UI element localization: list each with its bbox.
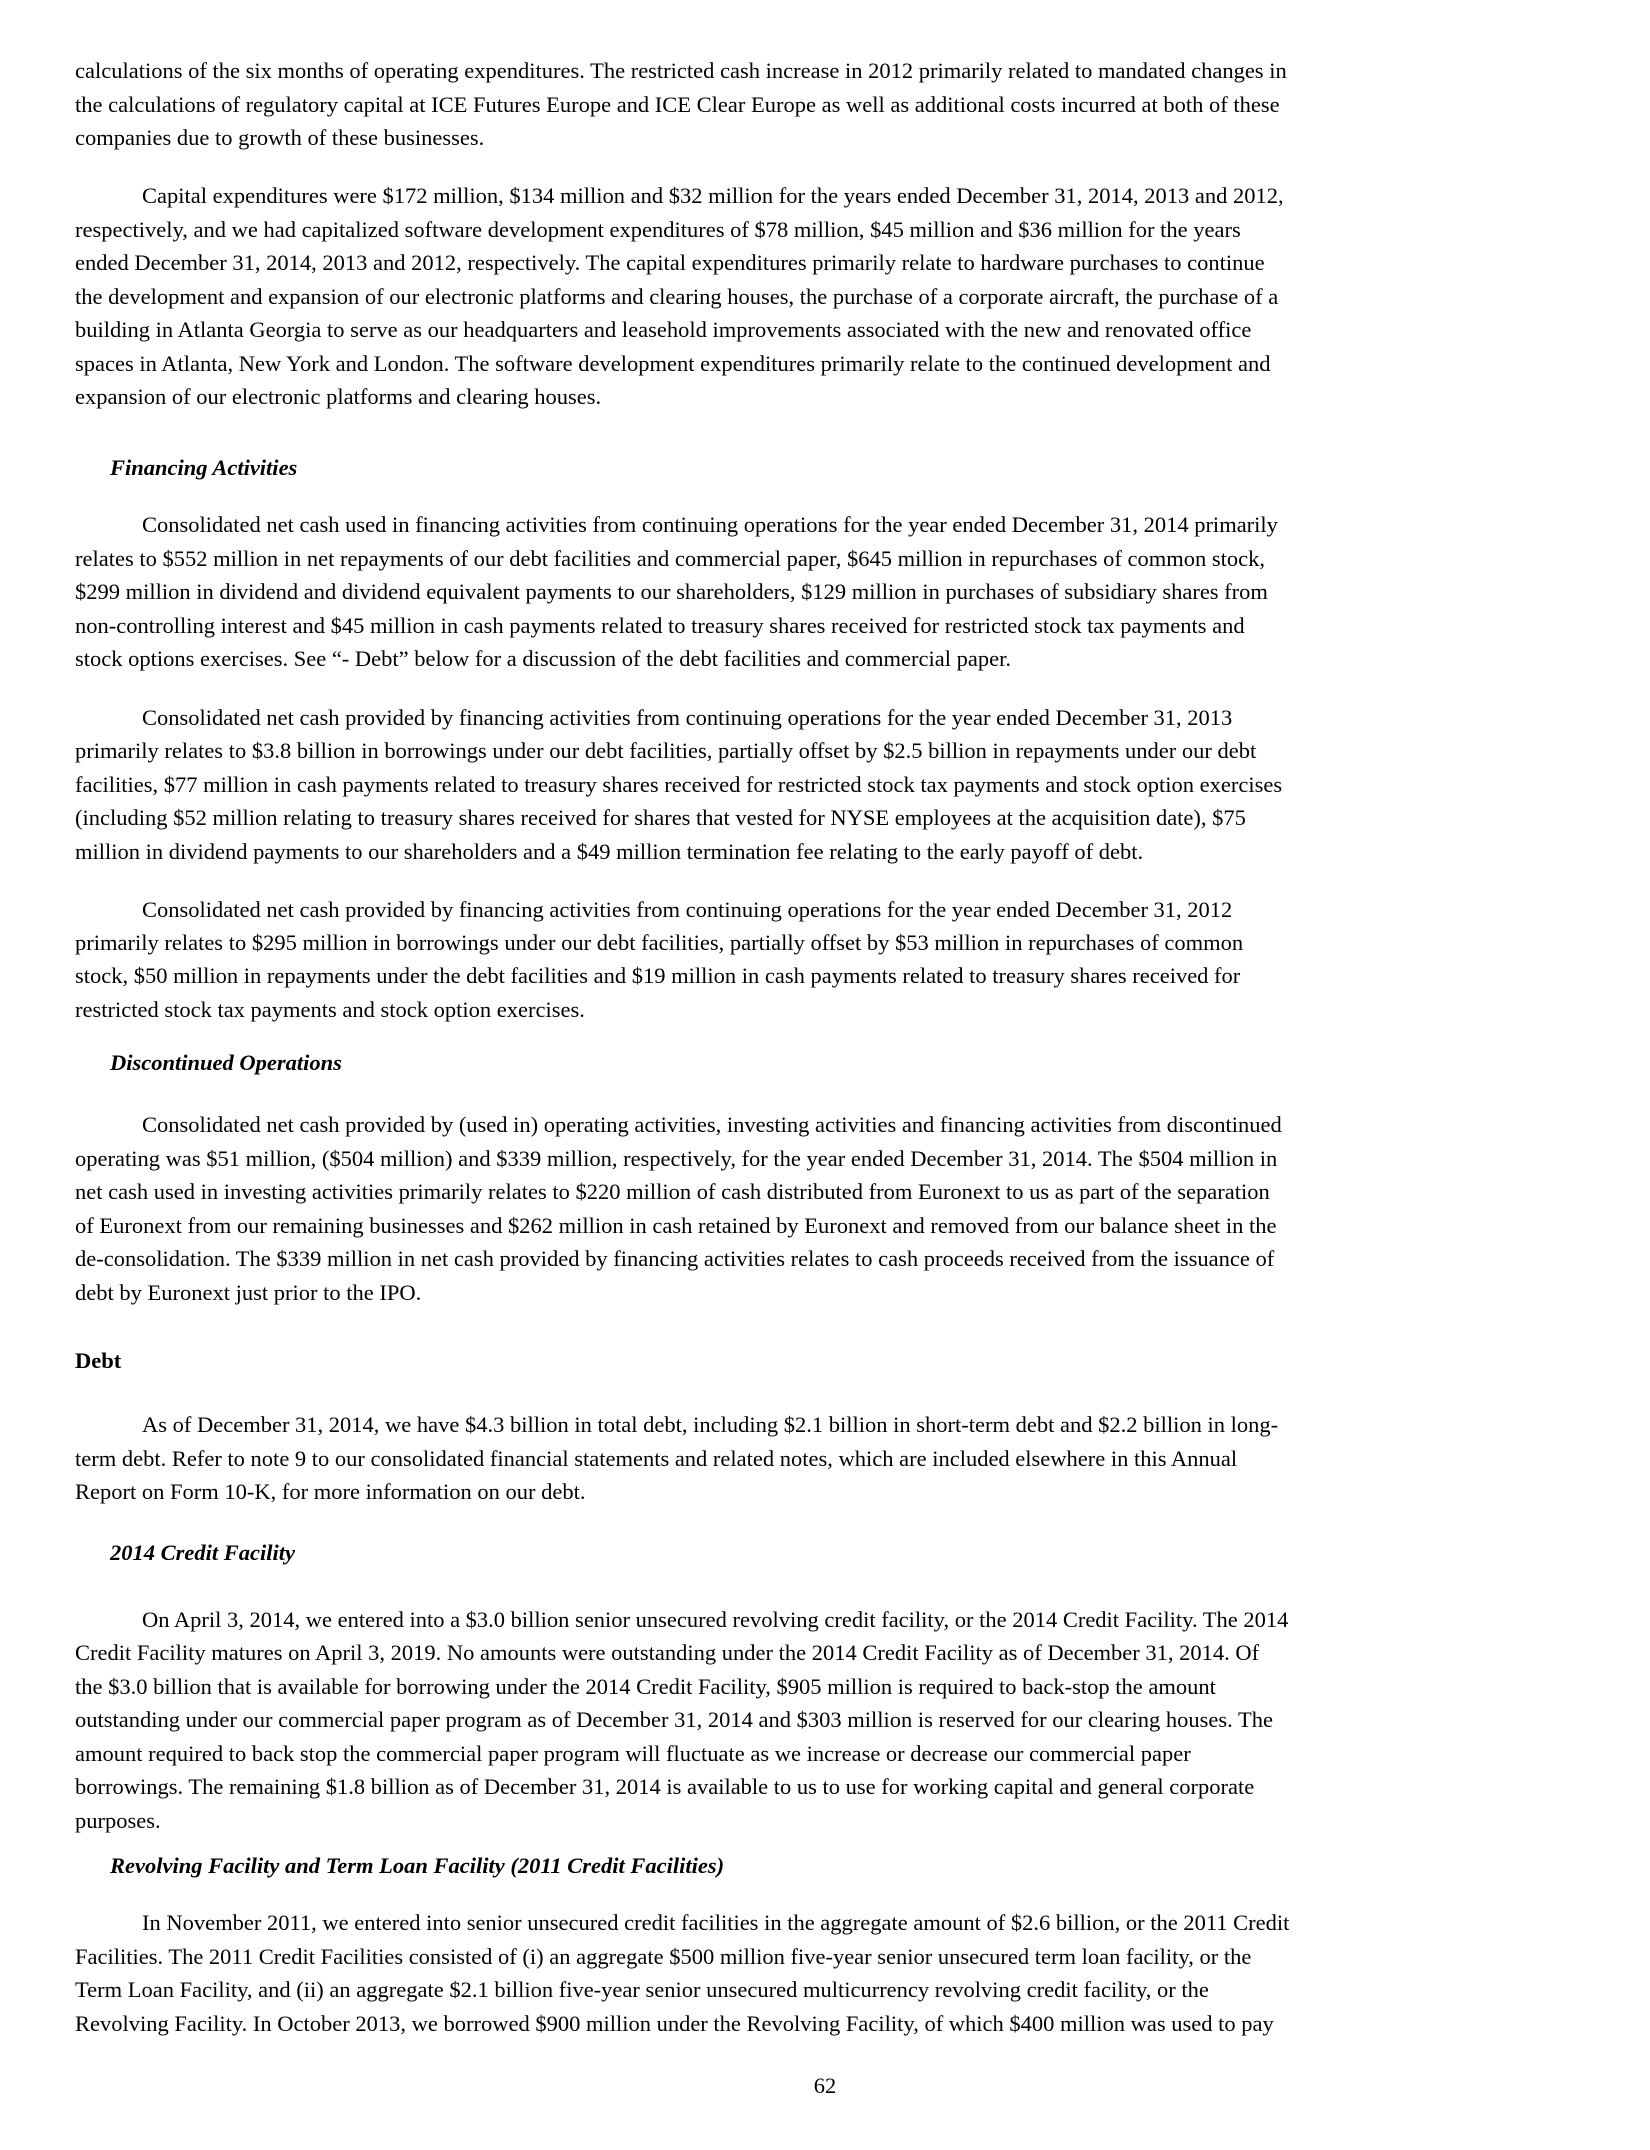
text-line: purposes. bbox=[75, 1808, 161, 1834]
text-line: million in dividend payments to our shar… bbox=[75, 839, 1143, 865]
text-line: Credit Facility matures on April 3, 2019… bbox=[75, 1640, 1259, 1666]
text-line: the calculations of regulatory capital a… bbox=[75, 92, 1280, 118]
text-line: Report on Form 10-K, for more informatio… bbox=[75, 1479, 586, 1505]
text-line: ended December 31, 2014, 2013 and 2012, … bbox=[75, 250, 1265, 276]
text-line: the $3.0 billion that is available for b… bbox=[75, 1674, 1216, 1700]
text-line: amount required to back stop the commerc… bbox=[75, 1741, 1191, 1767]
text-line: primarily relates to $295 million in bor… bbox=[75, 930, 1243, 956]
section-heading-debt: Debt bbox=[75, 1348, 121, 1374]
text-line: On April 3, 2014, we entered into a $3.0… bbox=[142, 1607, 1288, 1633]
text-line: calculations of the six months of operat… bbox=[75, 58, 1287, 84]
text-line: borrowings. The remaining $1.8 billion a… bbox=[75, 1774, 1254, 1800]
text-line: stock, $50 million in repayments under t… bbox=[75, 963, 1240, 989]
document-page: calculations of the six months of operat… bbox=[0, 0, 1650, 2150]
text-line: the development and expansion of our ele… bbox=[75, 284, 1278, 310]
text-line: Consolidated net cash provided by (used … bbox=[142, 1112, 1282, 1138]
text-line: Consolidated net cash provided by financ… bbox=[142, 705, 1232, 731]
text-line: Revolving Facility. In October 2013, we … bbox=[75, 2011, 1274, 2037]
text-line: Facilities. The 2011 Credit Facilities c… bbox=[75, 1944, 1251, 1970]
text-line: non-controlling interest and $45 million… bbox=[75, 613, 1245, 639]
text-line: facilities, $77 million in cash payments… bbox=[75, 772, 1282, 798]
text-line: building in Atlanta Georgia to serve as … bbox=[75, 317, 1251, 343]
text-line: debt by Euronext just prior to the IPO. bbox=[75, 1280, 421, 1306]
text-line: of Euronext from our remaining businesse… bbox=[75, 1213, 1277, 1239]
section-heading-revolving-term-loan-facility: Revolving Facility and Term Loan Facilit… bbox=[110, 1853, 724, 1879]
text-line: As of December 31, 2014, we have $4.3 bi… bbox=[142, 1412, 1278, 1438]
text-line: primarily relates to $3.8 billion in bor… bbox=[75, 738, 1256, 764]
text-line: operating was $51 million, ($504 million… bbox=[75, 1146, 1277, 1172]
page-number: 62 bbox=[0, 2073, 1650, 2099]
section-heading-discontinued-operations: Discontinued Operations bbox=[110, 1050, 342, 1076]
text-line: respectively, and we had capitalized sof… bbox=[75, 217, 1241, 243]
text-line: stock options exercises. See “- Debt” be… bbox=[75, 646, 1011, 672]
text-line: Consolidated net cash provided by financ… bbox=[142, 897, 1232, 923]
text-line: outstanding under our commercial paper p… bbox=[75, 1707, 1273, 1733]
text-line: net cash used in investing activities pr… bbox=[75, 1179, 1270, 1205]
section-heading-2014-credit-facility: 2014 Credit Facility bbox=[110, 1540, 295, 1566]
section-heading-financing-activities: Financing Activities bbox=[110, 455, 297, 481]
text-line: In November 2011, we entered into senior… bbox=[142, 1910, 1289, 1936]
text-line: companies due to growth of these busines… bbox=[75, 125, 484, 151]
text-line: Term Loan Facility, and (ii) an aggregat… bbox=[75, 1977, 1209, 2003]
text-line: relates to $552 million in net repayment… bbox=[75, 546, 1265, 572]
text-line: restricted stock tax payments and stock … bbox=[75, 997, 585, 1023]
text-line: term debt. Refer to note 9 to our consol… bbox=[75, 1446, 1237, 1472]
text-line: spaces in Atlanta, New York and London. … bbox=[75, 351, 1271, 377]
text-line: Capital expenditures were $172 million, … bbox=[142, 183, 1284, 209]
text-line: (including $52 million relating to treas… bbox=[75, 805, 1246, 831]
text-line: de-consolidation. The $339 million in ne… bbox=[75, 1246, 1274, 1272]
text-line: $299 million in dividend and dividend eq… bbox=[75, 579, 1268, 605]
text-line: expansion of our electronic platforms an… bbox=[75, 384, 601, 410]
text-line: Consolidated net cash used in financing … bbox=[142, 512, 1278, 538]
